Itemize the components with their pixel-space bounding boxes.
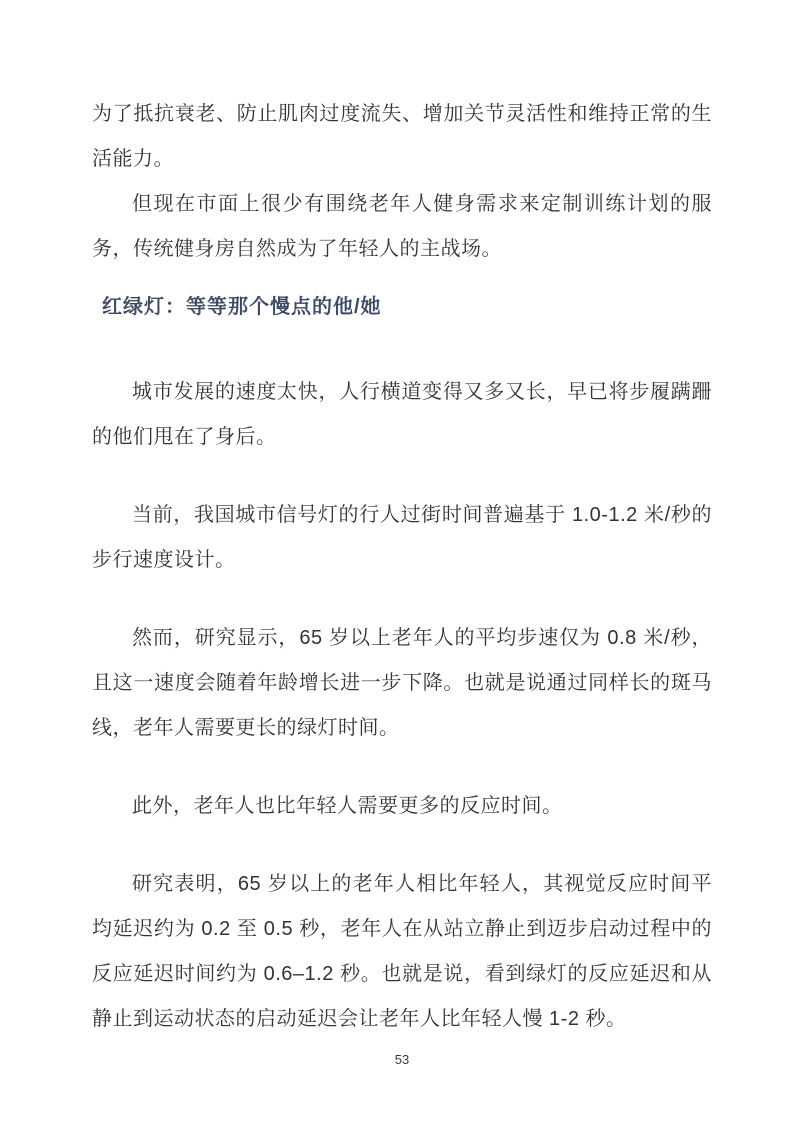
paragraph-section-4: 此外，老年人也比年轻人需要更多的反应时间。: [92, 784, 712, 829]
paragraph-intro-continuation: 为了抵抗衰老、防止肌肉过度流失、增加关节灵活性和维持正常的生活能力。: [92, 92, 712, 182]
paragraph-section-5: 研究表明，65 岁以上的老年人相比年轻人，其视觉反应时间平均延迟约为 0.2 至…: [92, 862, 712, 1042]
paragraph-section-2: 当前，我国城市信号灯的行人过街时间普遍基于 1.0-1.2 米/秒的步行速度设计…: [92, 493, 712, 583]
page-content: 为了抵抗衰老、防止肌肉过度流失、增加关节灵活性和维持正常的生活能力。 但现在市面…: [0, 0, 800, 1067]
document-page: 为了抵抗衰老、防止肌肉过度流失、增加关节灵活性和维持正常的生活能力。 但现在市面…: [0, 0, 800, 1131]
paragraph-section-3: 然而，研究显示，65 岁以上老年人的平均步速仅为 0.8 米/秒，且这一速度会随…: [92, 616, 712, 751]
section-heading: 红绿灯：等等那个慢点的他/她: [92, 285, 712, 330]
page-number: 53: [92, 1052, 712, 1067]
paragraph-section-1: 城市发展的速度太快，人行横道变得又多又长，早已将步履蹒跚的他们甩在了身后。: [92, 370, 712, 460]
paragraph-intro-2: 但现在市面上很少有围绕老年人健身需求来定制训练计划的服务，传统健身房自然成为了年…: [92, 182, 712, 272]
